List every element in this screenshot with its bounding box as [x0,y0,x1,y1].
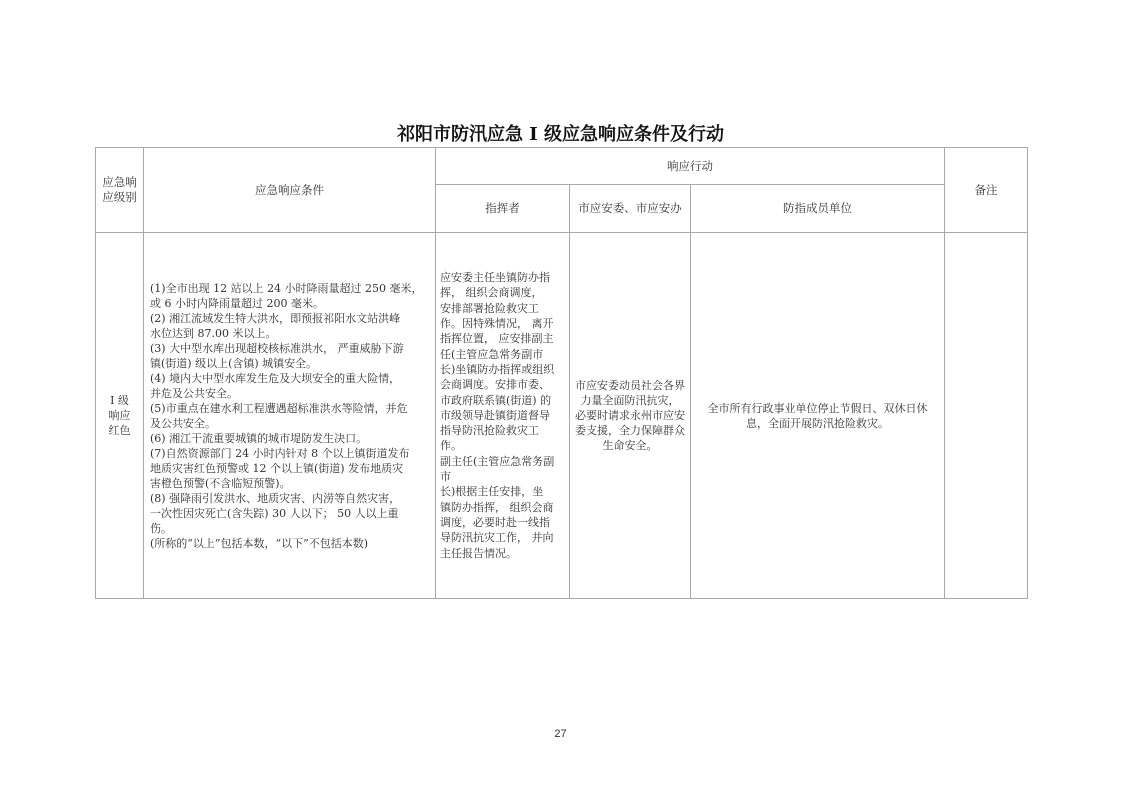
commander-line: 作。 [440,438,567,453]
commander-line: 安排部署抢险救灾工 [440,301,567,316]
committee-line: 市应安委动员社会各界 [572,378,688,393]
commander-line: 副主任(主管应急常务副 [440,454,567,469]
header-actions: 响应行动 [436,148,945,185]
level-line: I 级 [96,393,143,408]
condition-line: (8) 强降雨引发洪水、地质灾害、内涝等自然灾害， [150,491,431,506]
commander-line: 挥， 组织会商调度， [440,285,567,300]
commander-line: 应安委主任坐镇防办指 [440,270,567,285]
committee-line: 生命安全。 [572,438,688,453]
condition-line: (3) 大中型水库出现超校核标准洪水， 严重威胁下游 [150,341,431,356]
committee-line: 委支援，全力保障群众 [572,423,688,438]
header-member-units: 防指成员单位 [691,185,945,233]
condition-line: (1)全市出现 12 站以上 24 小时降雨量超过 250 毫米， [150,281,431,296]
condition-line: 害橙色预警(不含临短预警)。 [150,476,431,491]
commander-line: 长)坐镇防办指挥或组织 [440,362,567,377]
condition-line: (5)市重点在建水利工程遭遇超标准洪水等险情，并危 [150,401,431,416]
condition-line: (所称的“以上”包括本数，“以下”不包括本数) [150,536,431,551]
cell-remarks [945,233,1028,599]
cell-commander: 应安委主任坐镇防办指 挥， 组织会商调度， 安排部署抢险救灾工 作。因特殊情况，… [436,233,570,599]
commander-line: 导防汛抗灾工作， 并向 [440,530,567,545]
level-line: 响应 [96,408,143,423]
condition-line: (7)自然资源部门 24 小时内针对 8 个以上镇街道发布 [150,446,431,461]
document-title: 祁阳市防汛应急 I 级应急响应条件及行动 [0,120,1121,146]
cell-level: I 级 响应 红色 [96,233,144,599]
commander-line: 指导防汛抢险救灾工 [440,423,567,438]
member-units-line: 息，全面开展防汛抢险救灾。 [693,416,942,431]
commander-line: 市级领导赴镇街道督导 [440,408,567,423]
condition-line: (6) 湘江干流重要城镇的城市堤防发生决口。 [150,431,431,446]
commander-line: 长)根据主任安排，坐 [440,484,567,499]
condition-line: (2) 湘江流域发生特大洪水，即预报祁阳水文站洪峰 [150,311,431,326]
commander-line: 调度，必要时赴一线指 [440,515,567,530]
condition-line: 一次性因灾死亡(含失踪) 30 人以下； 50 人以上重 [150,506,431,521]
header-level-line: 应急响 [96,175,143,190]
condition-line: 地质灾害红色预警或 12 个以上镇(街道) 发布地质灾 [150,461,431,476]
member-units-line: 全市所有行政事业单位停止节假日、双休日休 [693,401,942,416]
header-committee: 市应安委、市应安办 [570,185,691,233]
header-level-line: 应级别 [96,190,143,205]
condition-line: 水位达到 87.00 米以上。 [150,326,431,341]
commander-line: 主任报告情况。 [440,546,567,561]
response-table: 应急响 应级别 应急响应条件 响应行动 备注 指挥者 市应安委、市应安办 防指成… [95,147,1028,599]
commander-line: 市 [440,469,567,484]
condition-line: (4) 境内大中型水库发生危及大坝安全的重大险情， [150,371,431,386]
cell-committee: 市应安委动员社会各界 力量全面防汛抗灾， 必要时请求永州市应安 委支援，全力保障… [570,233,691,599]
cell-member-units: 全市所有行政事业单位停止节假日、双休日休 息，全面开展防汛抢险救灾。 [691,233,945,599]
commander-line: 任(主管应急常务副市 [440,347,567,362]
condition-line: 镇(街道) 级以上(含镇) 城镇安全。 [150,356,431,371]
commander-line: 会商调度。安排市委、 [440,377,567,392]
level-line: 红色 [96,423,143,438]
commander-line: 市政府联系镇(街道) 的 [440,393,567,408]
table-row: I 级 响应 红色 (1)全市出现 12 站以上 24 小时降雨量超过 250 … [96,233,1028,599]
page-number: 27 [0,728,1121,740]
commander-line: 指挥位置， 应安排副主 [440,331,567,346]
committee-line: 力量全面防汛抗灾， [572,393,688,408]
condition-line: 并危及公共安全。 [150,386,431,401]
condition-line: 伤。 [150,521,431,536]
commander-line: 镇防办指挥， 组织会商 [440,500,567,515]
header-remarks: 备注 [945,148,1028,233]
commander-line: 作。因特殊情况， 离开 [440,316,567,331]
header-level: 应急响 应级别 [96,148,144,233]
header-conditions: 应急响应条件 [144,148,436,233]
condition-line: 及公共安全。 [150,416,431,431]
condition-line: 或 6 小时内降雨量超过 200 毫米。 [150,296,431,311]
header-commander: 指挥者 [436,185,570,233]
cell-conditions: (1)全市出现 12 站以上 24 小时降雨量超过 250 毫米， 或 6 小时… [144,233,436,599]
committee-line: 必要时请求永州市应安 [572,408,688,423]
